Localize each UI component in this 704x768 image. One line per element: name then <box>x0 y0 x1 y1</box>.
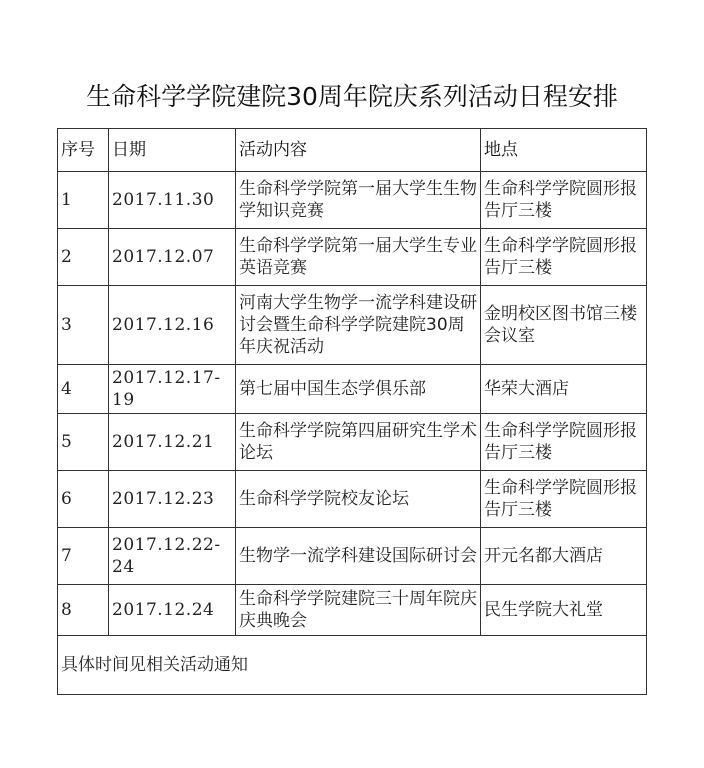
table-footer-row: 具体时间见相关活动通知 <box>58 636 647 695</box>
cell-content: 生命科学学院建院三十周年院庆庆典晚会 <box>236 585 481 636</box>
cell-no: 5 <box>58 414 109 471</box>
cell-place: 生命科学学院圆形报告厅三楼 <box>481 172 647 229</box>
table-row: 4 2017.12.17-19 第七届中国生态学俱乐部 华荣大酒店 <box>58 365 647 414</box>
footer-note: 具体时间见相关活动通知 <box>58 636 647 695</box>
cell-place: 生命科学学院圆形报告厅三楼 <box>481 229 647 286</box>
cell-date: 2017.12.22-24 <box>109 528 236 585</box>
cell-place: 华荣大酒店 <box>481 365 647 414</box>
cell-place: 生命科学学院圆形报告厅三楼 <box>481 471 647 528</box>
table-row: 8 2017.12.24 生命科学学院建院三十周年院庆庆典晚会 民生学院大礼堂 <box>58 585 647 636</box>
cell-date: 2017.12.17-19 <box>109 365 236 414</box>
cell-content: 生命科学学院第一届大学生专业英语竞赛 <box>236 229 481 286</box>
cell-date: 2017.12.23 <box>109 471 236 528</box>
cell-content: 生命科学学院第一届大学生生物学知识竞赛 <box>236 172 481 229</box>
cell-place: 开元名都大酒店 <box>481 528 647 585</box>
cell-no: 3 <box>58 286 109 365</box>
cell-date: 2017.12.07 <box>109 229 236 286</box>
page-title: 生命科学学院建院30周年院庆系列活动日程安排 <box>0 80 704 114</box>
table-row: 6 2017.12.23 生命科学学院校友论坛 生命科学学院圆形报告厅三楼 <box>58 471 647 528</box>
cell-no: 1 <box>58 172 109 229</box>
cell-content: 河南大学生物学一流学科建设研讨会暨生命科学学院建院30周年庆祝活动 <box>236 286 481 365</box>
cell-no: 8 <box>58 585 109 636</box>
header-place: 地点 <box>481 129 647 172</box>
table-row: 2 2017.12.07 生命科学学院第一届大学生专业英语竞赛 生命科学学院圆形… <box>58 229 647 286</box>
table-header-row: 序号 日期 活动内容 地点 <box>58 129 647 172</box>
cell-no: 6 <box>58 471 109 528</box>
table-row: 7 2017.12.22-24 生物学一流学科建设国际研讨会 开元名都大酒店 <box>58 528 647 585</box>
schedule-table: 序号 日期 活动内容 地点 1 2017.11.30 生命科学学院第一届大学生生… <box>57 128 647 695</box>
table-row: 5 2017.12.21 生命科学学院第四届研究生学术论坛 生命科学学院圆形报告… <box>58 414 647 471</box>
cell-date: 2017.11.30 <box>109 172 236 229</box>
cell-place: 金明校区图书馆三楼会议室 <box>481 286 647 365</box>
cell-date: 2017.12.21 <box>109 414 236 471</box>
cell-content: 生命科学学院第四届研究生学术论坛 <box>236 414 481 471</box>
cell-no: 4 <box>58 365 109 414</box>
cell-place: 民生学院大礼堂 <box>481 585 647 636</box>
table-row: 1 2017.11.30 生命科学学院第一届大学生生物学知识竞赛 生命科学学院圆… <box>58 172 647 229</box>
cell-content: 第七届中国生态学俱乐部 <box>236 365 481 414</box>
cell-no: 7 <box>58 528 109 585</box>
cell-place: 生命科学学院圆形报告厅三楼 <box>481 414 647 471</box>
cell-content: 生命科学学院校友论坛 <box>236 471 481 528</box>
cell-date: 2017.12.16 <box>109 286 236 365</box>
header-content: 活动内容 <box>236 129 481 172</box>
cell-content: 生物学一流学科建设国际研讨会 <box>236 528 481 585</box>
header-no: 序号 <box>58 129 109 172</box>
header-date: 日期 <box>109 129 236 172</box>
cell-no: 2 <box>58 229 109 286</box>
cell-date: 2017.12.24 <box>109 585 236 636</box>
table-row: 3 2017.12.16 河南大学生物学一流学科建设研讨会暨生命科学学院建院30… <box>58 286 647 365</box>
